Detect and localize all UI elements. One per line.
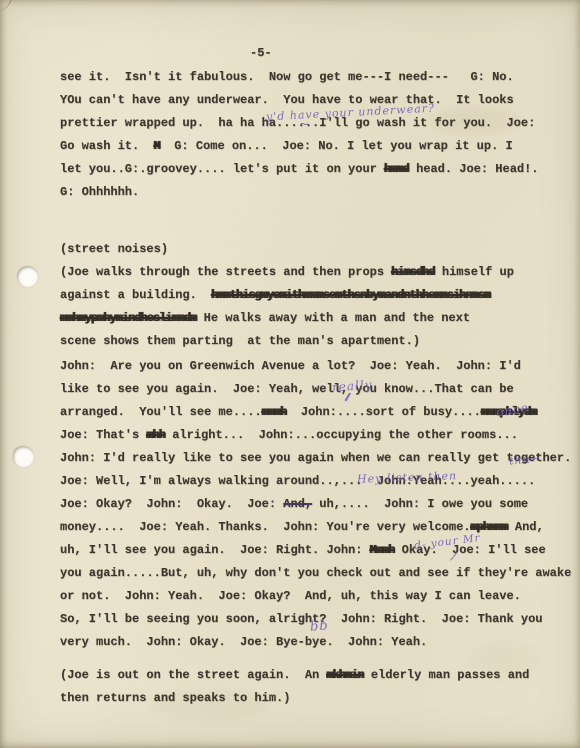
typescript-line: then returns and speaks to him.) [60, 687, 580, 710]
hole-punch-bottom [13, 446, 34, 467]
typescript-line: or not. John: Yeah. Joe: Okay? And, uh, … [60, 585, 580, 608]
typed-text: like to see you again. Joe: Yeah, well, … [60, 382, 514, 396]
typed-text: elderly man passes and [364, 668, 530, 682]
overtyped-text: mmhmypmhymindheslimmdm [60, 311, 196, 325]
typescript-line: YOu can't have any underwear. You have t… [60, 89, 580, 112]
overtyped-text: mphmmm [470, 520, 507, 534]
typed-text: alright... John:...occupying the other r… [165, 428, 518, 442]
typescript-line: let you..G:.groovey.... let's put it on … [60, 158, 580, 181]
typed-text: let you..G:.groovey.... let's put it on … [60, 162, 384, 176]
typescript-line: G: Ohhhhhh. [60, 181, 580, 204]
typescript-line: So, I'll be seeing you soon, alright? Jo… [60, 608, 580, 631]
typed-text: you again.....But, uh, why don't you che… [60, 566, 571, 580]
overtyped-text: hmmthisgmyomithmmmsemthsnbymandnthhemmsi… [211, 288, 490, 302]
typescript-line: Joe: Okay? John: Okay. Joe: And, uh,....… [60, 493, 580, 516]
typed-text: (street noises) [60, 242, 168, 256]
typescript-line: Joe: Well, I'm always walking around..,.… [60, 470, 580, 493]
typed-text: Joe: Well, I'm always walking around..,.… [60, 474, 535, 488]
typescript-line: see it. Isn't it fabulous. Now go get me… [60, 66, 580, 89]
typescript-line: John: I'd really like to see you again w… [60, 447, 580, 470]
typed-text: So, I'll be seeing you soon, alright? Jo… [60, 612, 542, 626]
overtyped-text: Mmmh [370, 543, 395, 557]
typed-text: see it. Isn't it fabulous. Now go get me… [60, 70, 514, 84]
typed-text: John:....sort of busy.... [286, 405, 480, 419]
typed-text: money.... Joe: Yeah. Thanks. John: You'r… [60, 520, 470, 534]
document-page: -5- see it. Isn't it fabulous. Now go ge… [0, 0, 580, 748]
typed-text: then returns and speaks to him.) [60, 691, 290, 705]
typed-text: himself up [435, 265, 514, 279]
typescript-line: against a building. hmmthisgmyomithmmmse… [60, 284, 580, 307]
overtyped-text: hmmd [384, 162, 409, 176]
typed-text: arranged. You'll see me.... [60, 405, 262, 419]
typed-text: And, [508, 520, 544, 534]
typed-text: uh, I'll see you again. Joe: Right. John… [60, 543, 370, 557]
typed-text: G: Come on... Joe: No. I let you wrap it… [160, 139, 513, 153]
typescript-body: see it. Isn't it fabulous. Now go get me… [60, 66, 580, 710]
typed-text: uh,.... John: I owe you some [312, 497, 528, 511]
typescript-line: very much. John: Okay. Joe: Bye-bye. Joh… [60, 631, 580, 654]
page-number: -5- [250, 46, 272, 60]
typed-text: Okay. Joe: I'll see [394, 543, 545, 557]
corner-fold [0, 0, 12, 12]
overtyped-text: mhh [146, 428, 165, 442]
typed-text: Go wash it. [60, 139, 154, 153]
typed-text: He walks away with a man and the next [196, 311, 470, 325]
typed-text: YOu can't have any underwear. You have t… [60, 93, 514, 107]
typed-text: prettier wrapped up. ha ha ha......I'll … [60, 116, 535, 130]
typescript-line: (street noises) [60, 238, 580, 261]
typed-text: (Joe walks through the streets and then … [60, 265, 391, 279]
typescript-line: uh, I'll see you again. Joe: Right. John… [60, 539, 580, 562]
typed-text: John: I'd really like to see you again w… [60, 451, 571, 465]
typed-text: Joe: That's [60, 428, 146, 442]
typescript-line: John: Are you on Greenwich Avenue a lot?… [60, 355, 580, 378]
overtyped-text: mmmh [262, 405, 287, 419]
typescript-line: prettier wrapped up. ha ha ha......I'll … [60, 112, 580, 135]
typed-text: scene shows them parting at the man's ap… [60, 334, 420, 348]
overtyped-text: mkhmin [326, 668, 363, 682]
typed-text: very much. John: Okay. Joe: Bye-bye. Joh… [60, 635, 427, 649]
typescript-line: scene shows them parting at the man's ap… [60, 330, 580, 353]
typescript-line: Go wash it. M G: Come on... Joe: No. I l… [60, 135, 580, 158]
typed-text: or not. John: Yeah. Joe: Okay? And, uh, … [60, 589, 521, 603]
typescript-line: (Joe walks through the streets and then … [60, 261, 580, 284]
typescript-line: you again.....But, uh, why don't you che… [60, 562, 580, 585]
typed-text: John: Are you on Greenwich Avenue a lot?… [60, 359, 521, 373]
typescript-line: Joe: That's mhh alright... John:...occup… [60, 424, 580, 447]
typed-text: (Joe is out on the street again. An [60, 668, 326, 682]
overtyped-text: himsdhd [391, 265, 434, 279]
typescript-line: money.... Joe: Yeah. Thanks. John: You'r… [60, 516, 580, 539]
typed-text: head. Joe: Head!. [409, 162, 539, 176]
typescript-line: mmhmypmhymindheslimmdm He walks away wit… [60, 307, 580, 330]
typescript-line: (Joe is out on the street again. An mkhm… [60, 664, 580, 687]
typescript-line: arranged. You'll see me....mmmh John:...… [60, 401, 580, 424]
typed-text: against a building. [60, 288, 211, 302]
typed-text: Joe: Okay? John: Okay. Joe: [60, 497, 283, 511]
hand-strike-text: And, [283, 497, 312, 511]
hole-punch-top [17, 266, 38, 287]
typed-text: G: Ohhhhhh. [60, 185, 139, 199]
typescript-line: like to see you again. Joe: Yeah, well, … [60, 378, 580, 401]
overtyped-text: mmmphlydm [481, 405, 537, 419]
